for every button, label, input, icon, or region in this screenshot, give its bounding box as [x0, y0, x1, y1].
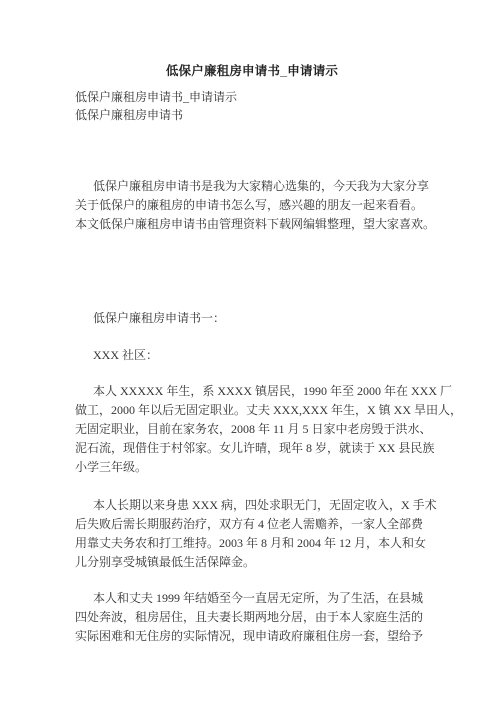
- salutation-line: XXX 社区：: [75, 346, 499, 365]
- document-page: 低保户廉租房申请书_申请请示 低保户廉租房申请书_申请请示 低保户廉租房申请书 …: [0, 0, 500, 708]
- paragraph-hardship: 本人长期以来身患 XXX 病，四处求职无门，无固定收入，X 手术 后失败后需长期…: [75, 496, 499, 572]
- document-title: 低保户廉租房申请书_申请请示: [75, 62, 429, 81]
- paragraph-family-background: 本人 XXXXX 年生，系 XXXX 镇居民，1990 年至 2000 年在 X…: [75, 382, 499, 477]
- paragraph-housing-request: 本人和丈夫 1999 年结婚至今一直居无定所，为了生活，在县城 四处奔波，租房居…: [75, 589, 499, 646]
- header-line-short-title: 低保户廉租房申请书: [75, 106, 499, 125]
- header-line-repeat-title: 低保户廉租房申请书_申请请示: [75, 88, 499, 107]
- intro-paragraph: 低保户廉租房申请书是我为大家精心选集的，今天我为大家分享 关于低保户的廉租房的申…: [75, 177, 499, 234]
- section-heading: 低保户廉租房申请书一：: [75, 309, 499, 328]
